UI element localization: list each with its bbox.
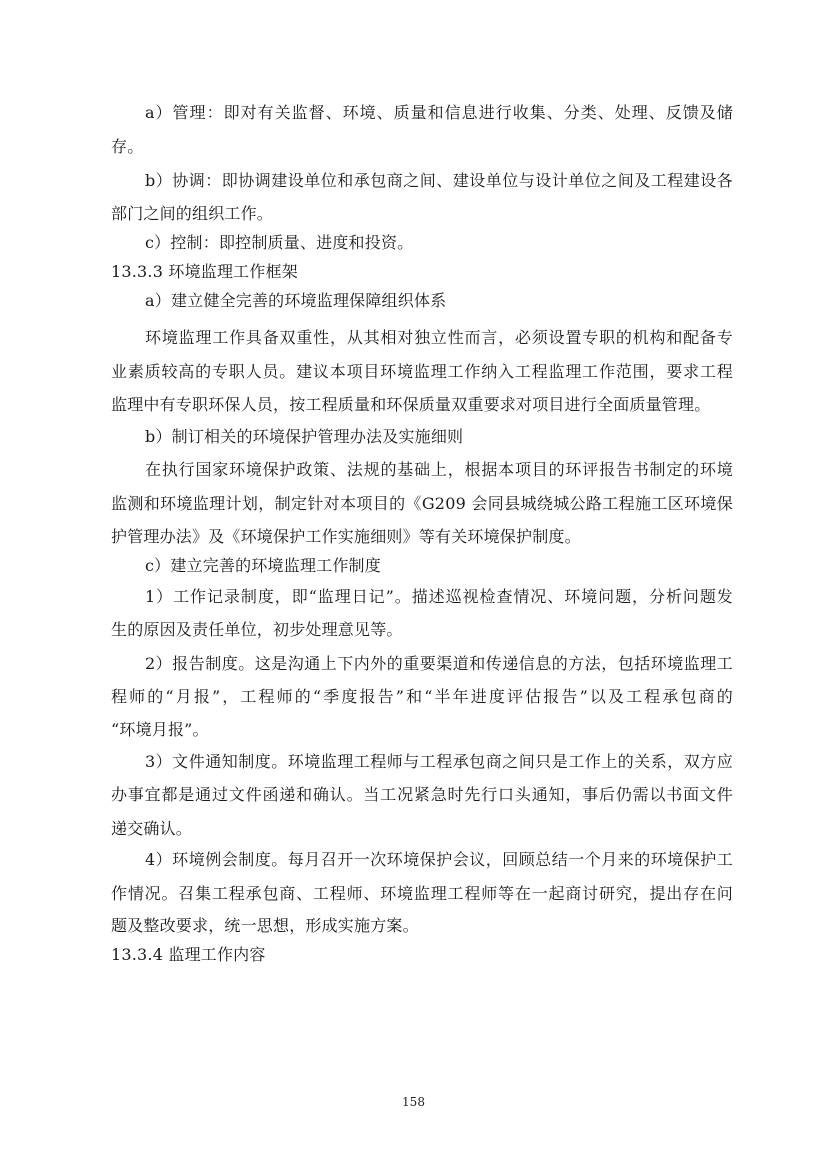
paragraph-line: 2）报告制度。这是沟通上下内外的重要渠道和传递信息的方法，包括环境监理工 xyxy=(145,652,733,676)
list-item-line: 存。 xyxy=(111,135,733,159)
paragraph-line: 生的原因及责任单位，初步处理意见等。 xyxy=(111,618,733,642)
list-item-line: b）协调：即协调建设单位和承包商之间、建设单位与设计单位之间及工程建设各 xyxy=(145,169,733,193)
subsection-heading: c）建立完善的环境监理工作制度 xyxy=(145,554,733,578)
page-number: 158 xyxy=(0,1094,827,1110)
list-item-line: c）控制：即控制质量、进度和投资。 xyxy=(145,231,733,255)
paragraph-line: 1）工作记录制度，即“监理日记”。描述巡视检查情况、环境问题，分析问题发 xyxy=(145,585,733,609)
section-heading: 13.3.3 环境监理工作框架 xyxy=(111,260,733,284)
paragraph-line: 环境监理工作具备双重性，从其相对独立性而言，必须设置专职的机构和配备专 xyxy=(145,326,733,350)
paragraph-line: 护管理办法》及《环境保护工作实施细则》等有关环境保护制度。 xyxy=(111,525,733,549)
paragraph-line: 4）环境例会制度。每月召开一次环境保护会议，回顾总结一个月来的环境保护工 xyxy=(145,848,733,872)
subsection-heading: b）制订相关的环境保护管理办法及实施细则 xyxy=(145,425,733,449)
list-item-line: a）管理：即对有关监督、环境、质量和信息进行收集、分类、处理、反馈及储 xyxy=(145,101,733,125)
paragraph-line: 监理中有专职环保人员，按工程质量和环保质量双重要求对项目进行全面质量管理。 xyxy=(111,393,733,417)
paragraph-line: 作情况。召集工程承包商、工程师、环境监理工程师等在一起商讨研究，提出存在问 xyxy=(111,882,733,906)
paragraph-line: 办事宜都是通过文件函递和确认。当工况紧急时先行口头通知，事后仍需以书面文件 xyxy=(111,783,733,807)
section-heading: 13.3.4 监理工作内容 xyxy=(111,943,733,967)
paragraph-line: “环境月报”。 xyxy=(111,718,733,742)
subsection-heading: a）建立健全完善的环境监理保障组织体系 xyxy=(145,289,733,313)
paragraph-line: 程师的“月报”，工程师的“季度报告”和“半年进度评估报告”以及工程承包商的 xyxy=(111,685,733,709)
document-page: a）管理：即对有关监督、环境、质量和信息进行收集、分类、处理、反馈及储存。b）协… xyxy=(0,0,827,1169)
paragraph-line: 递交确认。 xyxy=(111,817,733,841)
list-item-line: 部门之间的组织工作。 xyxy=(111,202,733,226)
paragraph-line: 3）文件通知制度。环境监理工程师与工程承包商之间只是工作上的关系，双方应 xyxy=(145,750,733,774)
paragraph-line: 题及整改要求，统一思想，形成实施方案。 xyxy=(111,914,733,938)
paragraph-line: 监测和环境监理计划，制定针对本项目的《G209 会同县城绕城公路工程施工区环境保 xyxy=(111,492,733,516)
paragraph-line: 业素质较高的专职人员。建议本项目环境监理工作纳入工程监理工作范围，要求工程 xyxy=(111,360,733,384)
paragraph-line: 在执行国家环境保护政策、法规的基础上，根据本项目的环评报告书制定的环境 xyxy=(145,458,733,482)
